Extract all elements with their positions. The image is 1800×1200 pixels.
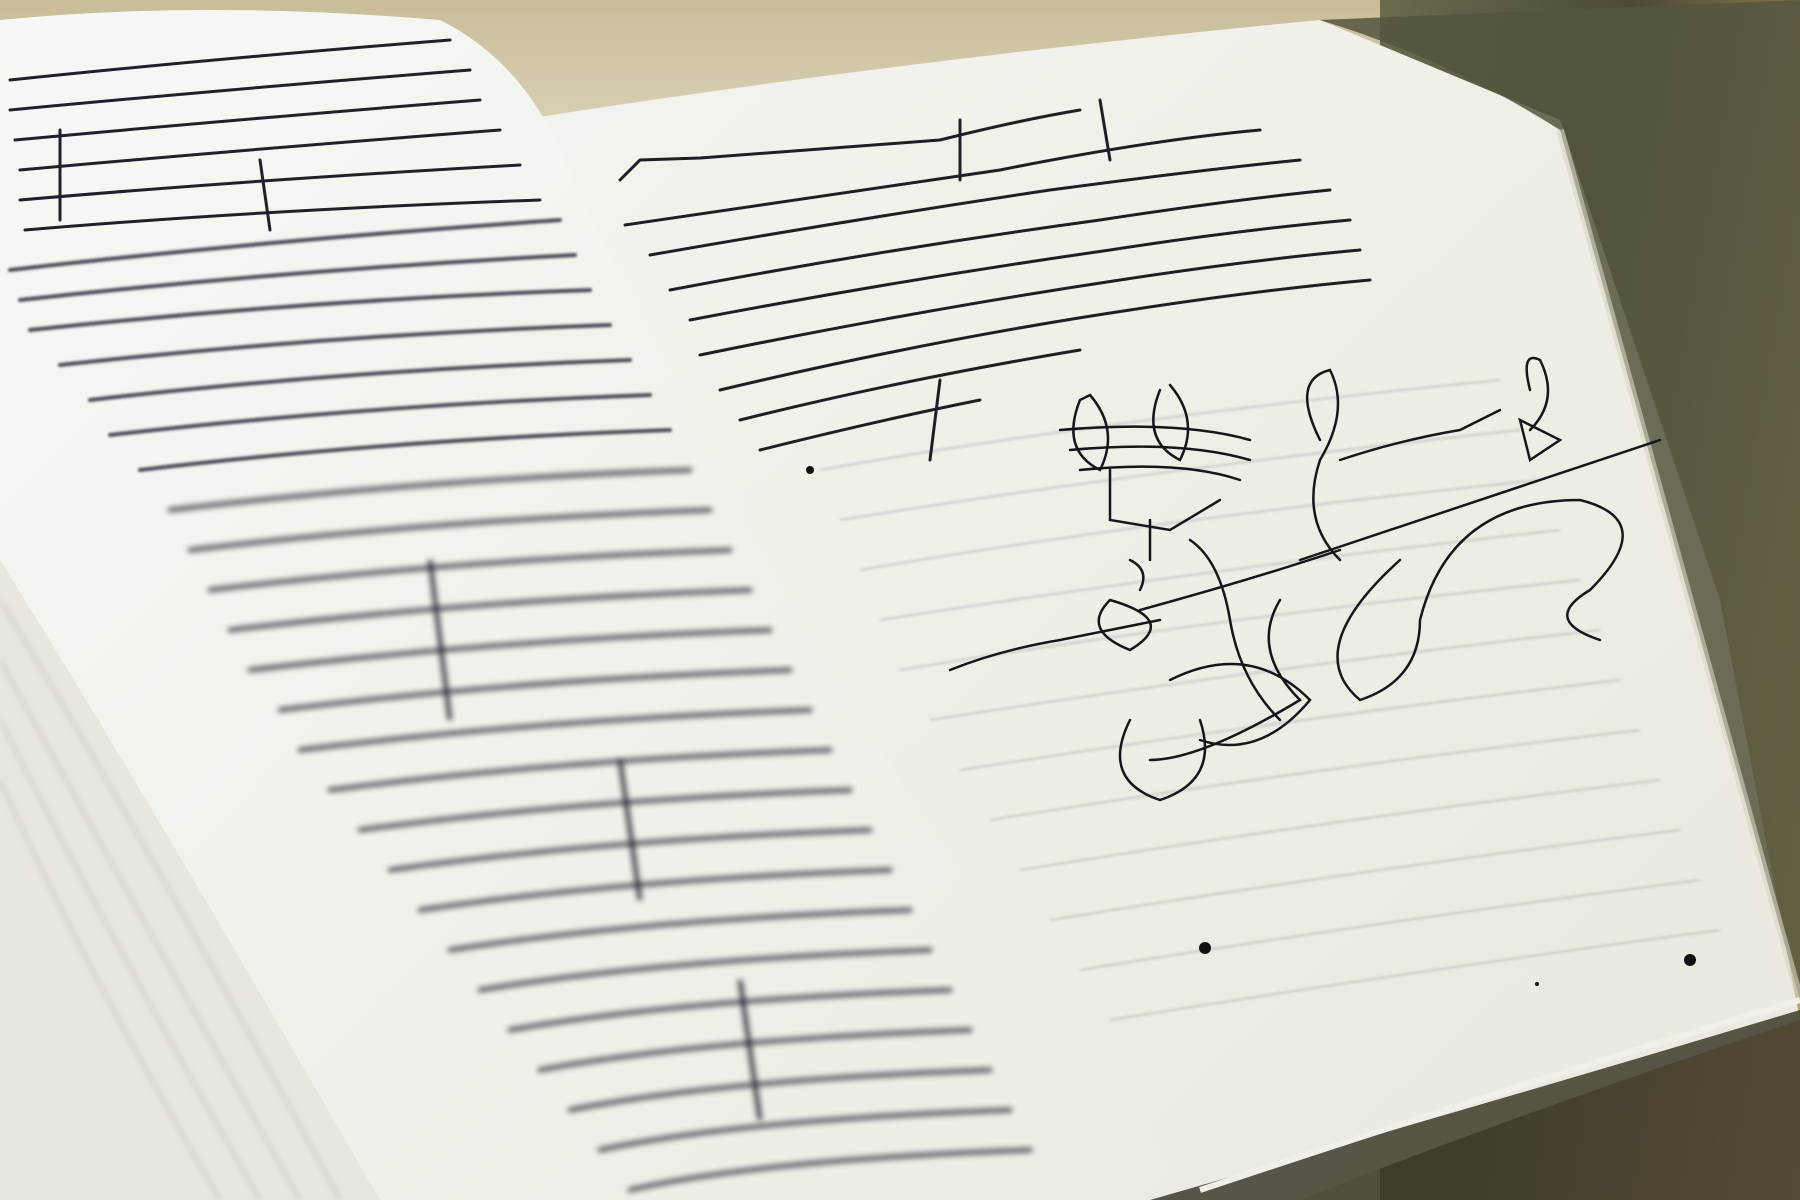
manuscript-photo	[0, 0, 1800, 1200]
manuscript-illustration	[0, 0, 1800, 1200]
